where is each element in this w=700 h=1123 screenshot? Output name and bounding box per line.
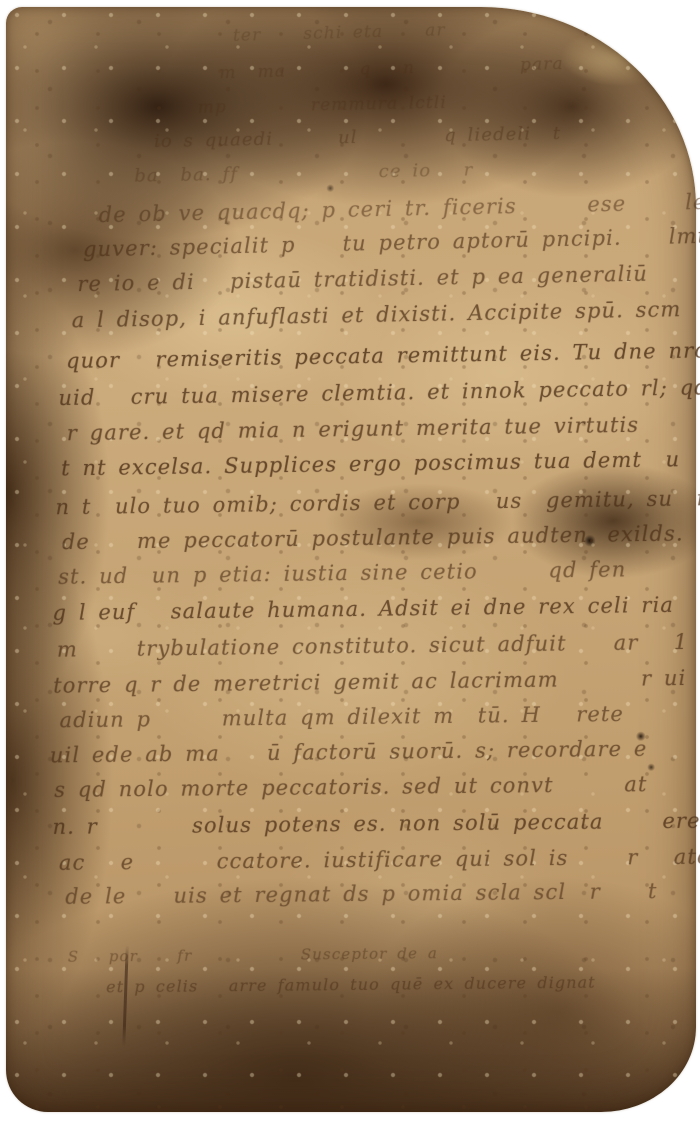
manuscript-line: m trybulatione constituto. sicut adfuit … <box>57 630 689 662</box>
manuscript-line: quor remiseritis peccata remittunt eis. … <box>66 338 700 373</box>
manuscript-line: uid cru tua misere clemtia. et innok pec… <box>58 375 700 410</box>
manuscript-line: ba ba. ff ce io r <box>134 159 473 186</box>
manuscript-line: a l disop, i anfuflasti et dixisti. Acci… <box>71 297 681 332</box>
manuscript-line: s qd nolo morte peccatoris. sed ut convt… <box>54 772 647 802</box>
manuscript-line: st. ud un p etia: iustia sine cetio qd f… <box>58 557 626 588</box>
manuscript-line: S por fr Susceptor de a <box>68 944 438 966</box>
manuscript-line: adiun p multa qm dilexit m tū. H rete <box>59 702 624 732</box>
manuscript-line: torre q r de meretrici gemit ac lacrimam… <box>53 666 686 698</box>
manuscript-line: ac e ccatore. iustificare qui sol is r a… <box>59 845 700 875</box>
manuscript-line: n t ulo tuo omib; cordis et corp us gemi… <box>55 486 700 519</box>
manuscript-line: de le uis et regnat ds p omia scla scl r… <box>65 879 658 909</box>
manuscript-line: de me peccatorū postulante puis audten. … <box>62 521 684 554</box>
manuscript-line: n. r solus potens es. non solū peccata e… <box>52 809 700 839</box>
manuscript-text-block: ter schi eta ar m ma q n para mp remmura… <box>1 4 700 1116</box>
manuscript-photo: ter schi eta ar m ma q n para mp remmura… <box>0 0 700 1123</box>
manuscript-line: guver: specialit p tu petro aptorū pncip… <box>83 224 700 262</box>
manuscript-line: t nt excelsa. Supplices ergo poscimus tu… <box>61 447 680 480</box>
manuscript-line: m ma q n para <box>219 54 564 83</box>
manuscript-line: re io e di pistaū tratidisti. et p ea ge… <box>77 262 648 296</box>
manuscript-line: ter schi eta ar <box>233 20 446 46</box>
manuscript-line: mp remmura lctli <box>197 93 447 118</box>
manuscript-line: de ob ve quacdq; p ceri tr. ficeris ese … <box>98 190 700 227</box>
manuscript-line: io s quaedi ul q liedeli t <box>154 123 562 152</box>
manuscript-line: et p celis arre famulo tuo quē ex ducere… <box>106 973 596 997</box>
manuscript-line: r gare. et qd mia n erigunt merita tue v… <box>67 413 640 445</box>
parchment-leaf: ter schi eta ar m ma q n para mp remmura… <box>6 7 696 1112</box>
manuscript-line: g l euf salaute humana. Adsit ei dne rex… <box>52 593 674 625</box>
manuscript-line: uil ede ab ma ū factorū suorū. s; record… <box>50 737 648 768</box>
